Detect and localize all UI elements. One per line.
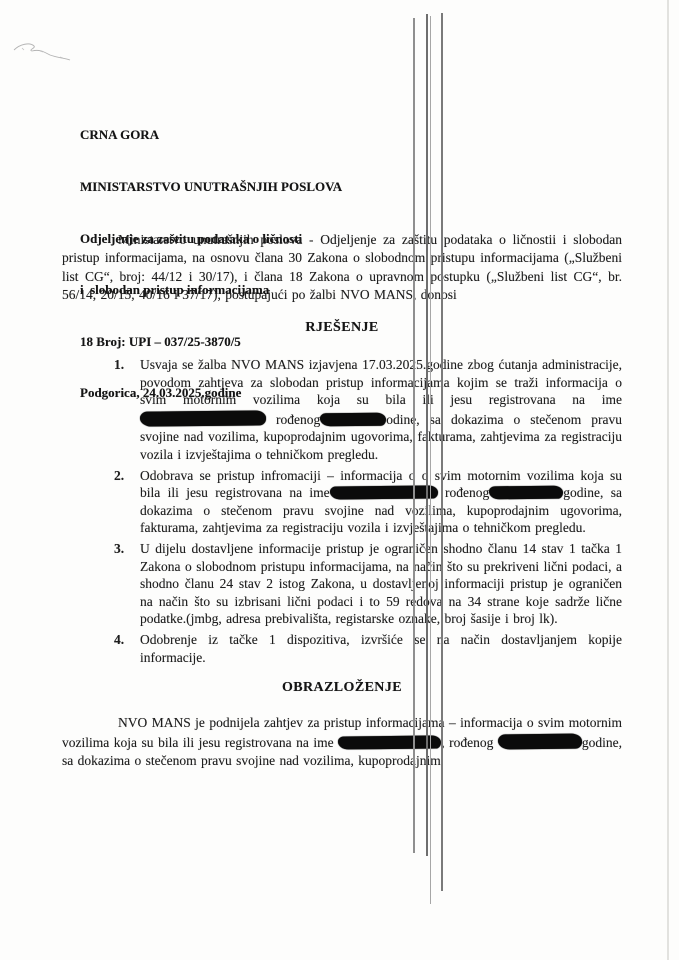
resolution-heading: RJEŠENJE: [62, 319, 622, 337]
intro-paragraph: Ministarstvo unutrašnjih poslova - Odjel…: [62, 231, 622, 305]
explanation-paragraph: NVO MANS je podnijela zahtjev za pristup…: [62, 714, 622, 771]
item-number: 2.: [114, 467, 140, 537]
item-text: U dijelu dostavljene informacije pristup…: [140, 540, 622, 628]
scan-artifact-line: [413, 18, 415, 853]
scanned-document-page: CRNA GORA MINISTARSTVO UNUTRAŠNJIH POSLO…: [0, 0, 679, 960]
redaction-bar: [320, 412, 386, 426]
resolution-item-3: 3. U dijelu dostavljene informacije pris…: [62, 540, 622, 628]
page-edge-shadow: [667, 0, 669, 960]
redaction-bar: [140, 410, 266, 426]
item-text: Odobrenje iz tačke 1 dispozitiva, izvrši…: [140, 631, 622, 666]
pencil-scribble: [10, 34, 85, 68]
scan-artifact-line: [430, 16, 431, 904]
scan-artifact-line: [441, 13, 443, 891]
resolution-list: 1. Usvaja se žalba NVO MANS izjavjena 17…: [62, 356, 622, 666]
resolution-item-1: 1. Usvaja se žalba NVO MANS izjavjena 17…: [62, 356, 622, 464]
resolution-item-2: 2. Odobrava se pristup infromaciji – inf…: [62, 467, 622, 537]
item-number: 1.: [114, 356, 140, 464]
document-body: Ministarstvo unutrašnjih poslova - Odjel…: [62, 231, 622, 771]
item-number: 4.: [114, 631, 140, 666]
resolution-item-4: 4. Odobrenje iz tačke 1 dispozitiva, izv…: [62, 631, 622, 666]
item-number: 3.: [114, 540, 140, 628]
item-text: Odobrava se pristup infromaciji – inform…: [140, 467, 622, 537]
letterhead-country: CRNA GORA: [80, 126, 342, 143]
item-text: Usvaja se žalba NVO MANS izjavjena 17.03…: [140, 356, 622, 464]
letterhead-ministry: MINISTARSTVO UNUTRAŠNJIH POSLOVA: [80, 178, 342, 195]
explanation-heading: OBRAZLOŽENJE: [62, 679, 622, 697]
redaction-bar: [330, 486, 438, 500]
redaction-bar: [498, 733, 582, 749]
redaction-bar: [489, 486, 563, 500]
scan-artifact-line: [426, 14, 428, 856]
